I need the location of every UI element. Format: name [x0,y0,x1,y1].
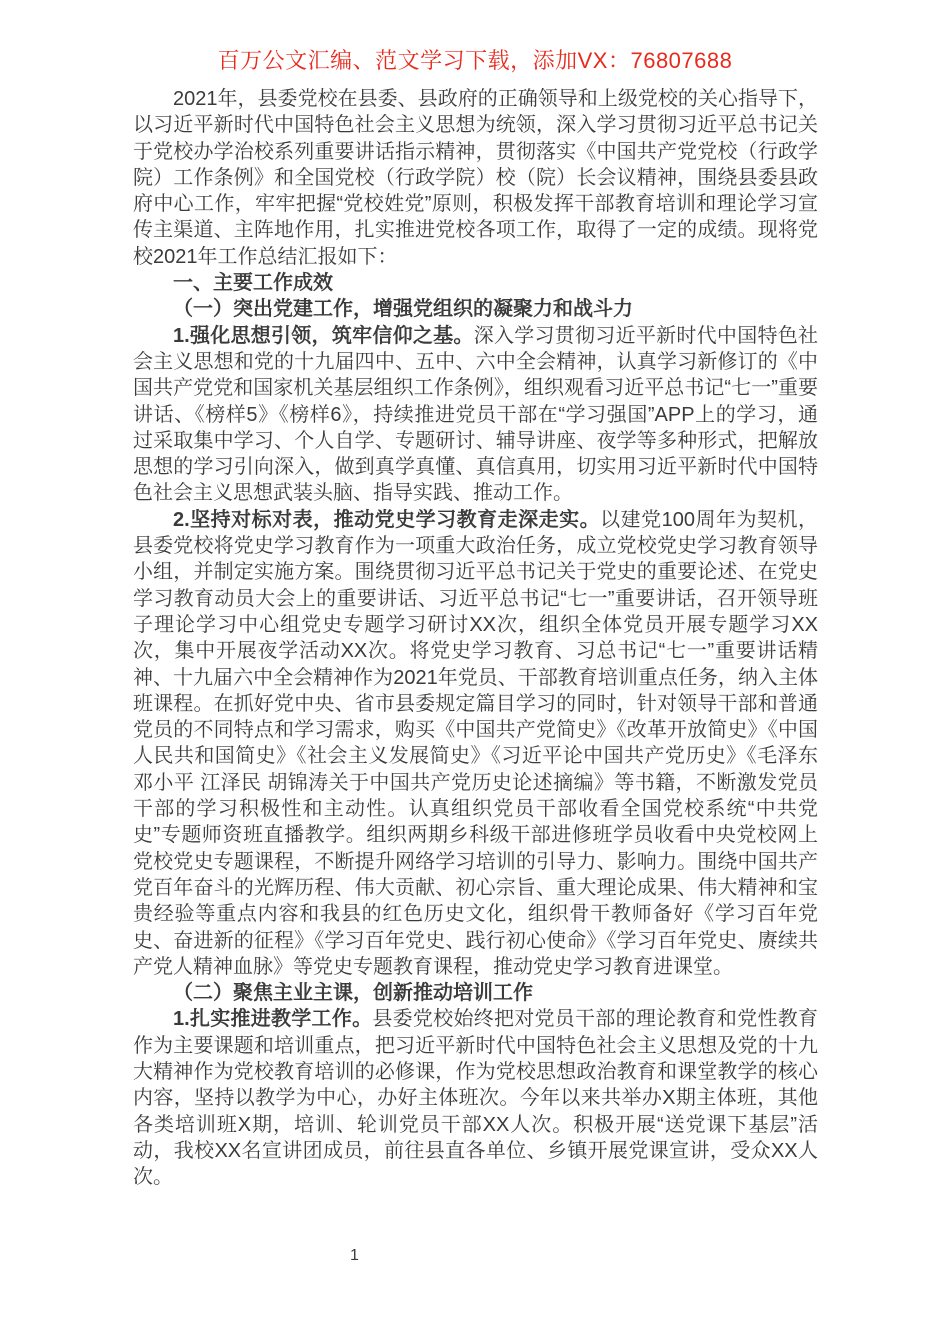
paragraph: 2.坚持对标对表，推动党史学习教育走深走实。以建党100周年为契机，县委党校将党… [133,507,818,980]
paragraph-lead-bold: 一、主要工作成效 [173,272,333,294]
paragraph-lead-bold: （一）突出党建工作，增强党组织的凝聚力和战斗力 [173,298,633,320]
page-number: 1 [350,1246,359,1266]
section-heading: 一、主要工作成效 [133,270,818,296]
section-heading: （一）突出党建工作，增强党组织的凝聚力和战斗力 [133,296,818,322]
section-heading: （二）聚焦主业主课，创新推动培训工作 [133,980,818,1006]
paragraph: 2021年，县委党校在县委、县政府的正确领导和上级党校的关心指导下，以习近平新时… [133,86,818,270]
paragraph-text: 深入学习贯彻习近平新时代中国特色社会主义思想和党的十九届四中、五中、六中全会精神… [133,325,818,505]
paragraph-lead-bold: 1.扎实推进教学工作。 [173,1008,372,1030]
paragraph-text: 以建党100周年为契机，县委党校将党史学习教育作为一项重大政治任务，成立党校党史… [133,509,818,978]
paragraph-text: 县委党校始终把对党员干部的理论教育和党性教育作为主要课题和培训重点，把习近平新时… [133,1008,818,1188]
watermark-header: 百万公文汇编、范文学习下载，添加VX：76807688 [0,44,950,75]
paragraph: 1.扎实推进教学工作。县委党校始终把对党员干部的理论教育和党性教育作为主要课题和… [133,1006,818,1190]
paragraph: 1.强化思想引领，筑牢信仰之基。深入学习贯彻习近平新时代中国特色社会主义思想和党… [133,323,818,507]
paragraph-lead-bold: 2.坚持对标对表，推动党史学习教育走深走实。 [173,509,600,531]
document-body: 2021年，县委党校在县委、县政府的正确领导和上级党校的关心指导下，以习近平新时… [133,86,818,1190]
document-page: 百万公文汇编、范文学习下载，添加VX：76807688 2021年，县委党校在县… [0,0,950,1344]
paragraph-lead-bold: （二）聚焦主业主课，创新推动培训工作 [173,982,533,1004]
paragraph-lead-bold: 1.强化思想引领，筑牢信仰之基。 [173,325,474,347]
paragraph-text: 2021年，县委党校在县委、县政府的正确领导和上级党校的关心指导下，以习近平新时… [133,88,818,268]
